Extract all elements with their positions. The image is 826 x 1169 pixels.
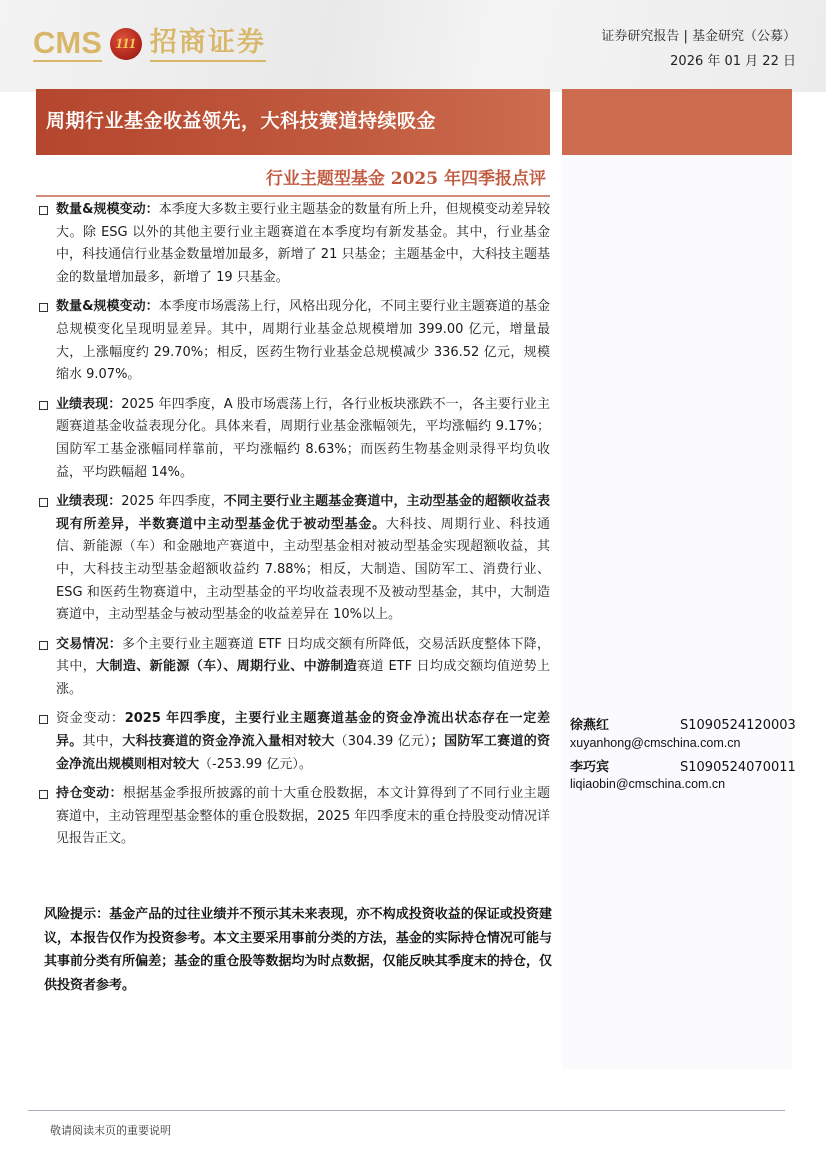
title-divider xyxy=(36,195,550,197)
paragraph-text: 大科技、周期行业、科技通信、新能源（车）和金融地产赛道中，主动型基金相对被动型基… xyxy=(56,517,550,622)
report-type: 证券研究报告 | 基金研究（公募） xyxy=(601,25,796,44)
analyst-2-email[interactable]: liqiaobin@cmschina.com.cn xyxy=(570,777,725,791)
risk-notice: 风险提示：基金产品的过往业绩并不预示其未来表现，亦不构成投资收益的保证或投资建议… xyxy=(44,903,552,997)
paragraph-heading: 持仓变动： xyxy=(56,786,123,801)
analyst-cert: S1090524070011 xyxy=(680,760,796,775)
paragraph-heading: 业绩表现： xyxy=(56,397,121,412)
analyst-1: 徐燕红S1090524120003 xyxy=(570,714,796,733)
footer-note: 敬请阅读末页的重要说明 xyxy=(50,1122,171,1138)
summary-paragraph: 数量&规模变动：本季度大多数主要行业主题基金的数量有所上升，但规模变动差异较大。… xyxy=(36,199,550,289)
summary-paragraph: 业绩表现：2025 年四季度，不同主要行业主题基金赛道中，主动型基金的超额收益表… xyxy=(36,491,550,627)
company-logo: CMS 111 招商证券 xyxy=(33,24,266,64)
page-title: 周期行业基金收益领先，大科技赛道持续吸金 xyxy=(46,106,436,133)
analyst-1-email[interactable]: xuyanhong@cmschina.com.cn xyxy=(570,736,740,750)
sidebar-panel xyxy=(562,89,792,1069)
paragraph-heading: 业绩表现： xyxy=(56,494,121,509)
paragraph-heading: 资金变动： xyxy=(56,711,125,726)
paragraph-heading: 交易情况： xyxy=(56,637,122,652)
analyst-cert: S1090524120003 xyxy=(680,718,796,733)
paragraph-text: （304.39 亿元） xyxy=(334,734,430,749)
paragraph-emphasis: 大科技赛道的资金净流入量相对较大 xyxy=(122,734,334,749)
sidebar-header-block xyxy=(562,89,792,155)
paragraph-text: 2025 年四季度， xyxy=(121,494,224,509)
report-date: 2026 年 01 月 22 日 xyxy=(670,50,796,69)
checkbox-bullet-icon xyxy=(39,790,48,799)
paragraph-emphasis: 大制造、新能源（车）、周期行业、中游制造 xyxy=(96,659,357,674)
page-subtitle: 行业主题型基金 2025 年四季报点评 xyxy=(266,164,546,189)
paragraph-text: 其中， xyxy=(83,734,123,749)
checkbox-bullet-icon xyxy=(39,498,48,507)
checkbox-bullet-icon xyxy=(39,206,48,215)
summary-paragraph: 持仓变动：根据基金季报所披露的前十大重仓股数据，本文计算得到了不同行业主题赛道中… xyxy=(36,783,550,851)
title-banner: 周期行业基金收益领先，大科技赛道持续吸金 xyxy=(36,89,550,155)
summary-content: 数量&规模变动：本季度大多数主要行业主题基金的数量有所上升，但规模变动差异较大。… xyxy=(36,199,550,858)
summary-paragraph: 交易情况：多个主要行业主题赛道 ETF 日均成交额有所降低，交易活跃度整体下降，… xyxy=(36,634,550,702)
logo-emblem-icon: 111 xyxy=(110,28,142,60)
summary-paragraph: 业绩表现：2025 年四季度，A 股市场震荡上行，各行业板块涨跌不一，各主要行业… xyxy=(36,394,550,484)
analyst-2: 李巧宾S1090524070011 xyxy=(570,756,796,775)
logo-latin-text: CMS xyxy=(33,26,102,62)
paragraph-heading: 数量&规模变动： xyxy=(56,299,159,314)
analyst-name: 徐燕红 xyxy=(570,714,680,733)
summary-paragraph: 数量&规模变动：本季度市场震荡上行，风格出现分化，不同主要行业主题赛道的基金总规… xyxy=(36,296,550,386)
paragraph-heading: 数量&规模变动： xyxy=(56,202,159,217)
checkbox-bullet-icon xyxy=(39,303,48,312)
footer-divider xyxy=(28,1110,785,1111)
analyst-name: 李巧宾 xyxy=(570,756,680,775)
paragraph-text: 2025 年四季度，A 股市场震荡上行，各行业板块涨跌不一，各主要行业主题赛道基… xyxy=(56,397,550,480)
paragraph-text: 根据基金季报所披露的前十大重仓股数据，本文计算得到了不同行业主题赛道中，主动管理… xyxy=(56,786,550,846)
logo-chinese-text: 招商证券 xyxy=(150,26,266,62)
summary-paragraph: 资金变动：2025 年四季度，主要行业主题赛道基金的资金净流出状态存在一定差异。… xyxy=(36,708,550,776)
checkbox-bullet-icon xyxy=(39,715,48,724)
checkbox-bullet-icon xyxy=(39,641,48,650)
checkbox-bullet-icon xyxy=(39,401,48,410)
paragraph-text: （-253.99 亿元）。 xyxy=(199,757,312,772)
